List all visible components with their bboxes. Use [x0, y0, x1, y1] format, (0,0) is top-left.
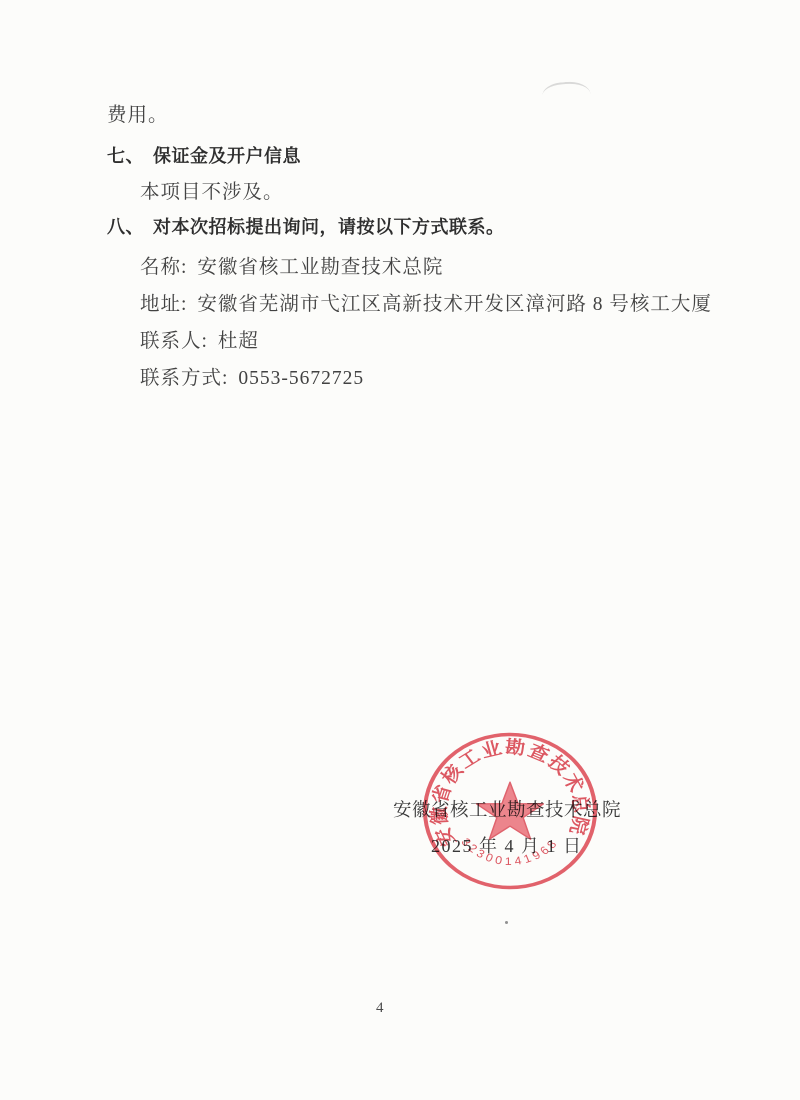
seal-star-icon	[477, 782, 544, 839]
document-page: 费用。 七、保证金及开户信息 本项目不涉及。 八、对本次招标提出询问，请按以下方…	[0, 0, 800, 1100]
contact-person-label: 联系人:	[140, 331, 208, 352]
section-7-heading: 七、保证金及开户信息	[107, 142, 301, 168]
contact-address-label: 地址:	[140, 294, 187, 315]
scan-dot-artifact	[505, 921, 508, 924]
page-number: 4	[376, 1000, 384, 1017]
contact-name-label: 名称:	[140, 257, 187, 278]
contact-phone-label: 联系方式:	[140, 368, 228, 389]
scan-smudge-artifact	[541, 80, 590, 98]
contact-name-line: 名称:安徽省核工业勘查技术总院	[140, 251, 443, 279]
section-8-title: 对本次招标提出询问，请按以下方式联系。	[153, 217, 505, 237]
section-8-number: 八、	[107, 217, 144, 237]
contact-person-line: 联系人:杜超	[140, 325, 259, 353]
contact-person-value: 杜超	[218, 331, 259, 352]
contact-address-value: 安徽省芜湖市弋江区高新技术开发区漳河路 8 号核工大厦	[197, 294, 712, 315]
section-8-heading: 八、对本次招标提出询问，请按以下方式联系。	[107, 213, 505, 239]
section-7-body: 本项目不涉及。	[140, 176, 284, 204]
contact-address-line: 地址:安徽省芜湖市弋江区高新技术开发区漳河路 8 号核工大厦	[140, 288, 712, 316]
seal-serial-wrap: 32300141968	[458, 835, 561, 867]
contact-name-value: 安徽省核工业勘查技术总院	[197, 257, 443, 278]
contact-phone-value: 0553-5672725	[238, 368, 364, 389]
section-7-number: 七、	[107, 146, 144, 166]
seal-serial-number: 32300141968	[458, 835, 561, 867]
section-7-title: 保证金及开户信息	[153, 146, 301, 166]
continuation-text: 费用。	[107, 99, 169, 127]
contact-phone-line: 联系方式:0553-5672725	[140, 362, 364, 390]
official-seal-stamp: 安徽省核工业勘查技术总院 32300141968	[408, 709, 612, 913]
